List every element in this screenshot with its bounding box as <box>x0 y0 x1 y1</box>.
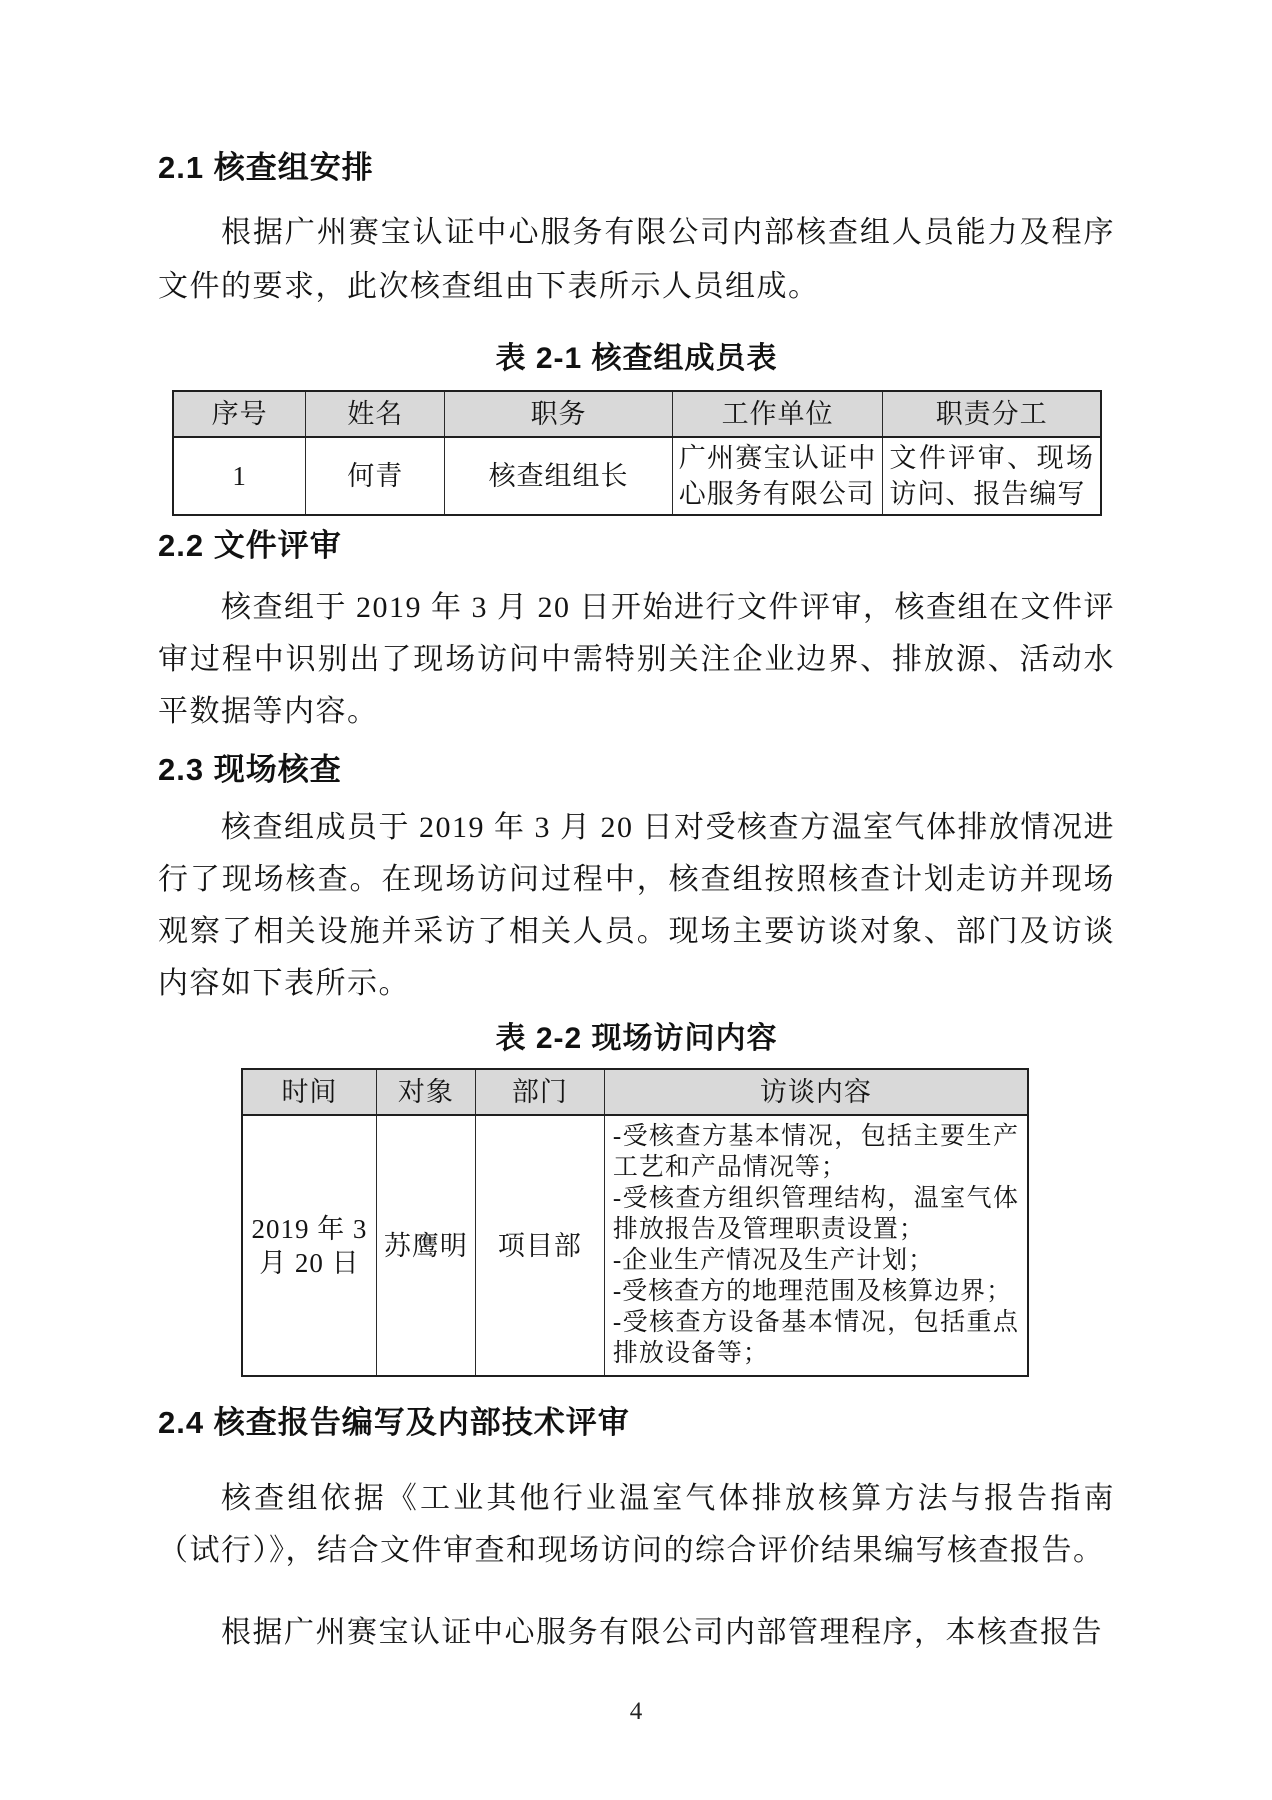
page-number: 4 <box>0 1698 1272 1726</box>
col-header-dept: 部门 <box>475 1069 604 1115</box>
table-header-row: 时间 对象 部门 访谈内容 <box>242 1069 1028 1115</box>
table-2-2-header: 时间 对象 部门 访谈内容 <box>242 1069 1028 1115</box>
cell-person: 苏鹰明 <box>376 1115 475 1376</box>
table-2-2-body: 2019 年 3 月 20 日 苏鹰明 项目部 -受核查方基本情况，包括主要生产… <box>242 1115 1028 1376</box>
table-2-2: 时间 对象 部门 访谈内容 2019 年 3 月 20 日 苏鹰明 项目部 -受… <box>241 1068 1029 1377</box>
col-header-org: 工作单位 <box>672 391 883 437</box>
topic-line: -受核查方组织管理结构，温室气体排放报告及管理职责设置； <box>613 1183 1019 1245</box>
col-header-person: 对象 <box>376 1069 475 1115</box>
topic-line: -受核查方的地理范围及核算边界； <box>613 1276 1019 1307</box>
cell-role: 核查组组长 <box>445 437 672 515</box>
table-row: 2019 年 3 月 20 日 苏鹰明 项目部 -受核查方基本情况，包括主要生产… <box>242 1115 1028 1376</box>
cell-name: 何青 <box>306 437 445 515</box>
topic-line: -受核查方设备基本情况，包括重点排放设备等； <box>613 1307 1019 1369</box>
cell-no: 1 <box>173 437 306 515</box>
table-2-1-header: 序号 姓名 职务 工作单位 职责分工 <box>173 391 1101 437</box>
topic-line: -企业生产情况及生产计划； <box>613 1245 1019 1276</box>
cell-dept: 项目部 <box>475 1115 604 1376</box>
section-2-2-heading: 2.2 文件评审 <box>158 526 1115 566</box>
table-2-1: 序号 姓名 职务 工作单位 职责分工 1 何青 核查组组长 广州赛宝认证中心服务… <box>172 390 1102 516</box>
cell-time: 2019 年 3 月 20 日 <box>242 1115 376 1376</box>
col-header-name: 姓名 <box>306 391 445 437</box>
section-2-1-heading: 2.1 核查组安排 <box>158 148 1115 188</box>
col-header-role: 职务 <box>445 391 672 437</box>
cell-org: 广州赛宝认证中心服务有限公司 <box>672 437 883 515</box>
section-2-4-paragraph-1: 核查组依据《工业其他行业温室气体排放核算方法与报告指南（试行）》，结合文件审查和… <box>158 1473 1115 1577</box>
section-2-3-paragraph: 核查组成员于 2019 年 3 月 20 日对受核查方温室气体排放情况进行了现场… <box>158 802 1115 1010</box>
document-content: 2.1 核查组安排 根据广州赛宝认证中心服务有限公司内部核查组人员能力及程序文件… <box>158 0 1115 1659</box>
table-2-1-body: 1 何青 核查组组长 广州赛宝认证中心服务有限公司 文件评审、现场访问、报告编写 <box>173 437 1101 515</box>
cell-duty: 文件评审、现场访问、报告编写 <box>883 437 1101 515</box>
col-header-no: 序号 <box>173 391 306 437</box>
section-2-2-paragraph: 核查组于 2019 年 3 月 20 日开始进行文件评审，核查组在文件评审过程中… <box>158 582 1115 738</box>
table-2-2-title: 表 2-2 现场访问内容 <box>158 1018 1115 1060</box>
section-2-1-paragraph: 根据广州赛宝认证中心服务有限公司内部核查组人员能力及程序文件的要求，此次核查组由… <box>158 206 1115 314</box>
table-2-1-title: 表 2-1 核查组成员表 <box>158 338 1115 380</box>
section-2-4-heading: 2.4 核查报告编写及内部技术评审 <box>158 1403 1115 1443</box>
topic-line: -受核查方基本情况，包括主要生产工艺和产品情况等； <box>613 1121 1019 1183</box>
table-header-row: 序号 姓名 职务 工作单位 职责分工 <box>173 391 1101 437</box>
document-page: 2.1 核查组安排 根据广州赛宝认证中心服务有限公司内部核查组人员能力及程序文件… <box>0 0 1272 1800</box>
section-2-3-heading: 2.3 现场核查 <box>158 750 1115 790</box>
col-header-duty: 职责分工 <box>883 391 1101 437</box>
cell-interview-topics: -受核查方基本情况，包括主要生产工艺和产品情况等； -受核查方组织管理结构，温室… <box>604 1115 1028 1376</box>
table-row: 1 何青 核查组组长 广州赛宝认证中心服务有限公司 文件评审、现场访问、报告编写 <box>173 437 1101 515</box>
section-2-4-paragraph-2: 根据广州赛宝认证中心服务有限公司内部管理程序，本核查报告 <box>158 1607 1115 1659</box>
col-header-time: 时间 <box>242 1069 376 1115</box>
col-header-topics: 访谈内容 <box>604 1069 1028 1115</box>
